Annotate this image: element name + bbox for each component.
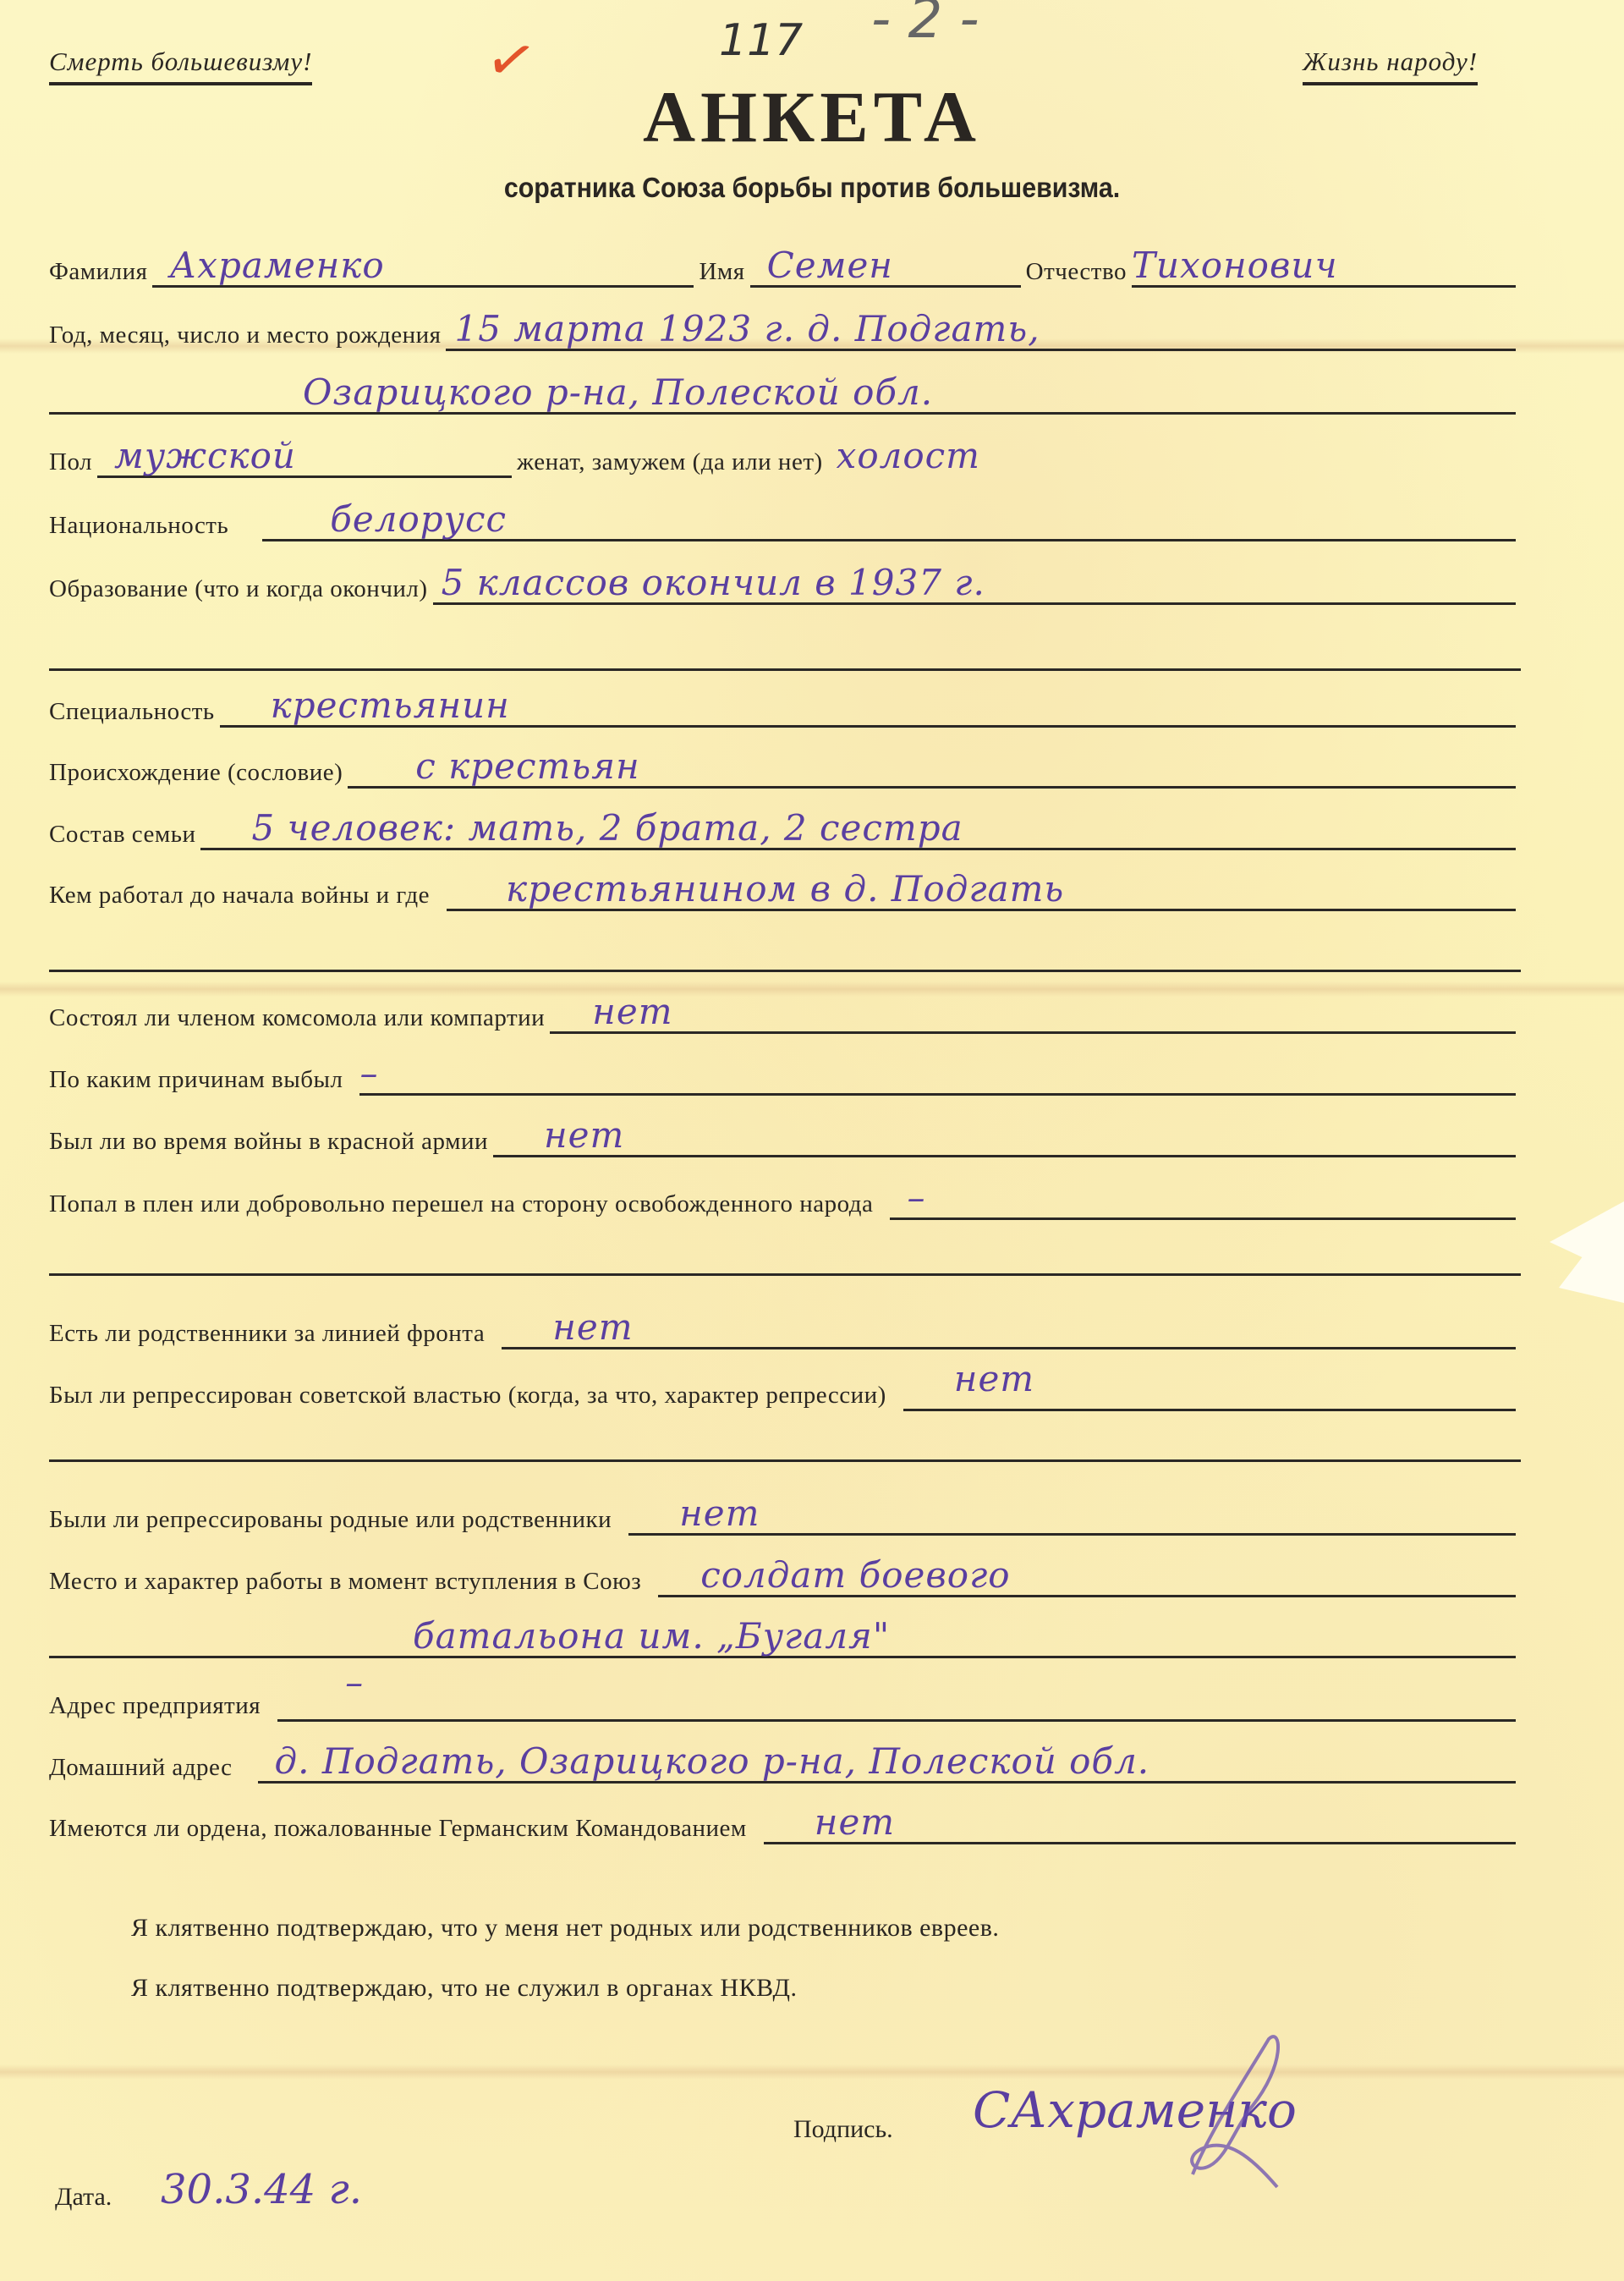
- red-army-field[interactable]: нет: [493, 1113, 1516, 1157]
- sex-row: Пол мужской женат, замужем (да или нет) …: [49, 436, 1521, 478]
- prewar-work-field[interactable]: крестьянином в д. Подгать: [447, 866, 1516, 911]
- repressed-field[interactable]: нет: [903, 1366, 1516, 1411]
- prewar-work-blank-line[interactable]: [49, 970, 1521, 972]
- red-army-row: Был ли во время войны в красной армии не…: [49, 1115, 1521, 1157]
- surname-label: Фамилия: [49, 260, 147, 288]
- komsomol-row: Состоял ли членом комсомола или компарти…: [49, 992, 1521, 1034]
- relatives-front-label: Есть ли родственники за линией фронта: [49, 1322, 485, 1349]
- sex-label: Пол: [49, 450, 92, 478]
- signature-label: Подпись.: [793, 2115, 893, 2144]
- patronymic-field[interactable]: Тихонович: [1132, 243, 1516, 288]
- birth-row: Год, месяц, число и место рождения 15 ма…: [49, 309, 1521, 351]
- nationality-row: Национальность белорусс: [49, 499, 1521, 541]
- married-field[interactable]: холост: [828, 433, 1516, 478]
- prewar-work-label: Кем работал до начала войны и где: [49, 883, 430, 911]
- relatives-repressed-row: Были ли репрессированы родные или родств…: [49, 1493, 1521, 1536]
- speciality-field[interactable]: крестьянин: [220, 683, 1516, 728]
- orders-value: нет: [815, 1805, 895, 1840]
- origin-value: с крестьян: [415, 749, 639, 784]
- orders-row: Имеются ли ордена, пожалованные Германск…: [49, 1802, 1521, 1844]
- left-reason-label: По каким причинам выбыл: [49, 1068, 343, 1096]
- captured-blank-line[interactable]: [49, 1273, 1521, 1276]
- red-army-value: нет: [544, 1118, 624, 1153]
- red-army-label: Был ли во время войны в красной армии: [49, 1130, 488, 1157]
- repressed-label: Был ли репрессирован советской властью (…: [49, 1383, 886, 1411]
- speciality-label: Специальность: [49, 700, 215, 728]
- archive-number: 117: [719, 15, 803, 66]
- relatives-front-field[interactable]: нет: [502, 1305, 1516, 1349]
- oath-no-jewish-relatives: Я клятвенно подтверждаю, что у меня нет …: [131, 1914, 999, 1943]
- repressed-row: Был ли репрессирован советской властью (…: [49, 1369, 1521, 1411]
- work-joining-field[interactable]: солдат боевого: [658, 1553, 1516, 1597]
- captured-row: Попал в плен или добровольно перешел на …: [49, 1178, 1521, 1220]
- education-field[interactable]: 5 классов окончил в 1937 г.: [433, 560, 1516, 605]
- captured-value: –: [907, 1180, 925, 1216]
- speciality-row: Специальность крестьянин: [49, 685, 1521, 728]
- origin-row: Происхождение (сословие) с крестьян: [49, 746, 1521, 789]
- signature-flourish-icon: [1176, 2031, 1294, 2191]
- first-name-value: Семен: [767, 248, 893, 283]
- enterprise-address-row: Адрес предприятия –: [49, 1679, 1521, 1722]
- komsomol-value: нет: [592, 994, 672, 1030]
- enterprise-address-label: Адрес предприятия: [49, 1694, 261, 1722]
- date-label: Дата.: [55, 2183, 112, 2212]
- repressed-value: нет: [954, 1361, 1034, 1397]
- captured-label: Попал в плен или добровольно перешел на …: [49, 1192, 873, 1220]
- nationality-value: белорусс: [330, 502, 507, 537]
- birth-value-2: Озарицкого р-на, Полеской обл.: [303, 375, 933, 410]
- oath-no-nkvd-service: Я клятвенно подтверждаю, что не служил в…: [131, 1974, 797, 2003]
- home-address-value: д. Подгать, Озарицкого р-на, Полеской об…: [275, 1744, 1150, 1779]
- left-reason-field[interactable]: –: [359, 1051, 1516, 1096]
- repressed-blank-line[interactable]: [49, 1459, 1521, 1462]
- orders-field[interactable]: нет: [764, 1800, 1516, 1844]
- birth-field[interactable]: 15 марта 1923 г. д. Подгать,: [446, 306, 1516, 351]
- pencil-mark: - 2 -: [871, 0, 979, 51]
- paper-fold: [0, 2064, 1624, 2080]
- surname-field[interactable]: Ахраменко: [152, 243, 694, 288]
- birth-row-2: Озарицкого р-на, Полеской обл.: [49, 372, 1521, 415]
- origin-field[interactable]: с крестьян: [348, 744, 1516, 789]
- family-value: 5 человек: мать, 2 брата, 2 сестра: [251, 811, 963, 846]
- page-title: АНКЕТА: [0, 74, 1624, 159]
- relatives-front-value: нет: [552, 1310, 633, 1345]
- sex-field[interactable]: мужской: [97, 433, 512, 478]
- relatives-front-row: Есть ли родственники за линией фронта не…: [49, 1307, 1521, 1349]
- family-row: Состав семьи 5 человек: мать, 2 брата, 2…: [49, 808, 1521, 850]
- origin-label: Происхождение (сословие): [49, 761, 343, 789]
- work-joining-field-2[interactable]: батальона им. „Бугаля": [49, 1613, 1516, 1658]
- name-row: Фамилия Ахраменко Имя Семен Отчество Тих…: [49, 245, 1521, 288]
- birth-field-2[interactable]: Озарицкого р-на, Полеской обл.: [49, 370, 1516, 415]
- birth-label: Год, месяц, число и место рождения: [49, 323, 441, 351]
- left-reason-value: –: [359, 1056, 378, 1091]
- enterprise-address-value: –: [345, 1665, 364, 1701]
- prewar-work-value: крестьянином в д. Подгать: [506, 871, 1064, 907]
- education-row: Образование (что и когда окончил) 5 клас…: [49, 563, 1521, 605]
- married-value: холост: [837, 438, 980, 474]
- first-name-label: Имя: [699, 260, 744, 288]
- work-joining-row: Место и характер работы в момент вступле…: [49, 1555, 1521, 1597]
- birth-value-1: 15 марта 1923 г. д. Подгать,: [454, 311, 1040, 347]
- work-joining-value-1: солдат боевого: [700, 1558, 1010, 1593]
- education-blank-line[interactable]: [49, 668, 1521, 671]
- relatives-repressed-label: Были ли репрессированы родные или родств…: [49, 1508, 612, 1536]
- work-joining-label: Место и характер работы в момент вступле…: [49, 1569, 641, 1597]
- work-joining-value-2: батальона им. „Бугаля": [413, 1619, 890, 1654]
- patronymic-label: Отчество: [1026, 260, 1127, 288]
- orders-label: Имеются ли ордена, пожалованные Германск…: [49, 1817, 747, 1844]
- page-subtitle: соратника Союза борьбы против большевизм…: [65, 172, 1559, 204]
- relatives-repressed-value: нет: [679, 1496, 760, 1531]
- komsomol-field[interactable]: нет: [550, 989, 1516, 1034]
- sex-value: мужской: [114, 438, 296, 474]
- komsomol-label: Состоял ли членом комсомола или компарти…: [49, 1006, 545, 1034]
- first-name-field[interactable]: Семен: [750, 243, 1021, 288]
- education-value: 5 классов окончил в 1937 г.: [442, 565, 985, 601]
- work-joining-row-2: батальона им. „Бугаля": [49, 1616, 1521, 1658]
- prewar-work-row: Кем работал до начала войны и где кресть…: [49, 869, 1521, 911]
- education-label: Образование (что и когда окончил): [49, 577, 428, 605]
- nationality-label: Национальность: [49, 514, 228, 541]
- married-label: женат, замужем (да или нет): [517, 450, 823, 478]
- left-reason-row: По каким причинам выбыл –: [49, 1053, 1521, 1096]
- enterprise-address-field[interactable]: –: [277, 1677, 1516, 1722]
- home-address-field[interactable]: д. Подгать, Озарицкого р-на, Полеской об…: [258, 1739, 1517, 1784]
- relatives-repressed-field[interactable]: нет: [628, 1491, 1516, 1536]
- family-field[interactable]: 5 человек: мать, 2 брата, 2 сестра: [200, 805, 1516, 850]
- captured-field[interactable]: –: [890, 1175, 1516, 1220]
- home-address-label: Домашний адрес: [49, 1756, 233, 1784]
- date-value[interactable]: 30.3.44 г.: [161, 2166, 362, 2213]
- family-label: Состав семьи: [49, 822, 195, 850]
- speciality-value: крестьянин: [271, 688, 510, 723]
- surname-value: Ахраменко: [169, 248, 384, 283]
- patronymic-value: Тихонович: [1132, 248, 1338, 283]
- home-address-row: Домашний адрес д. Подгать, Озарицкого р-…: [49, 1741, 1521, 1784]
- nationality-field[interactable]: белорусс: [262, 497, 1516, 541]
